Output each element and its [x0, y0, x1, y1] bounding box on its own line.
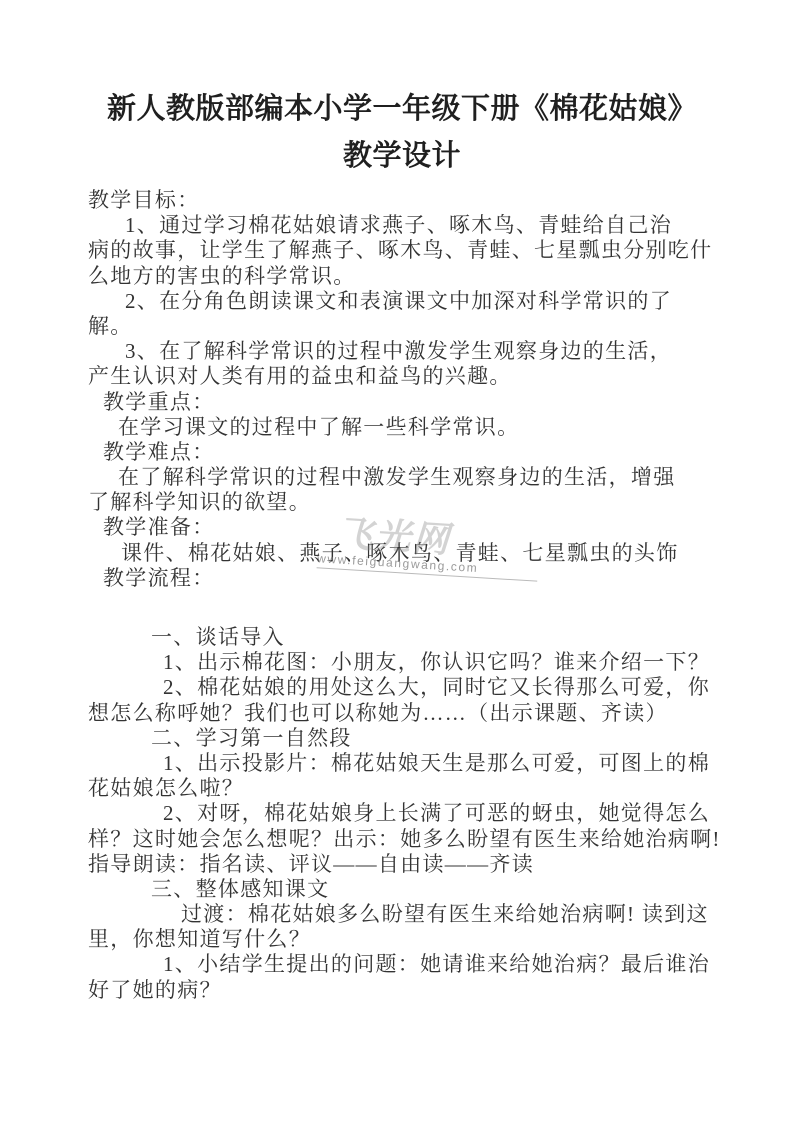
- text-line: 3、在了解科学常识的过程中激发学生观察身边的生活，: [88, 339, 716, 364]
- text-line: 指导朗读：指名读、评议——自由读——齐读: [88, 852, 716, 877]
- text-line: 产生认识对人类有用的益虫和益鸟的兴趣。: [88, 364, 716, 389]
- text-line: 病的故事，让学生了解燕子、啄木鸟、青蛙、七星瓢虫分别吃什: [88, 238, 716, 263]
- text-line: 二、学习第一自然段: [88, 726, 716, 751]
- text-line: 么地方的害虫的科学常识。: [88, 264, 716, 289]
- text-line: 里，你想知道写什么？: [88, 927, 716, 952]
- text-line: 花姑娘怎么啦？: [88, 776, 716, 801]
- document-page: 新人教版部编本小学一年级下册《棉花姑娘》 教学设计 教学目标：1、通过学习棉花姑…: [0, 0, 793, 1122]
- text-line: 1、出示投影片：棉花姑娘天生是那么可爱，可图上的棉: [88, 751, 716, 776]
- text-line: 课件、棉花姑娘、燕子、啄木鸟、青蛙、七星瓢虫的头饰: [88, 541, 716, 566]
- text-line: 教学流程：: [88, 566, 716, 591]
- text-line: 在了解科学常识的过程中激发学生观察身边的生活，增强: [88, 465, 716, 490]
- text-line: 1、出示棉花图：小朋友，你认识它吗？谁来介绍一下？: [88, 650, 716, 675]
- text-line: 想怎么称呼她？我们也可以称她为……（出示课题、齐读）: [88, 701, 716, 726]
- document-body: 教学目标：1、通过学习棉花姑娘请求燕子、啄木鸟、青蛙给自己治病的故事，让学生了解…: [88, 188, 716, 1003]
- text-line: 2、棉花姑娘的用处这么大，同时它又长得那么可爱，你: [88, 675, 716, 700]
- text-line: 1、小结学生提出的问题：她请谁来给她治病？最后谁治: [88, 952, 716, 977]
- text-line: 教学准备：: [88, 515, 716, 540]
- text-line: 教学难点：: [88, 440, 716, 465]
- text-line: 1、通过学习棉花姑娘请求燕子、啄木鸟、青蛙给自己治: [88, 213, 716, 238]
- text-line: 解。: [88, 314, 716, 339]
- paragraph-gap: [88, 591, 716, 625]
- text-line: 教学目标：: [88, 188, 716, 213]
- page-title: 新人教版部编本小学一年级下册《棉花姑娘》 教学设计: [88, 86, 716, 180]
- text-line: 三、整体感知课文: [88, 877, 716, 902]
- text-line: 样？这时她会怎么想呢？出示：她多么盼望有医生来给她治病啊!: [88, 827, 716, 852]
- page-title-line2: 教学设计: [88, 133, 716, 180]
- text-line: 在学习课文的过程中了解一些科学常识。: [88, 415, 716, 440]
- text-line: 2、在分角色朗读课文和表演课文中加深对科学常识的了: [88, 289, 716, 314]
- text-line: 过渡：棉花姑娘多么盼望有医生来给她治病啊! 读到这: [88, 902, 716, 927]
- text-line: 一、谈话导入: [88, 625, 716, 650]
- page-title-line1: 新人教版部编本小学一年级下册《棉花姑娘》: [88, 86, 716, 133]
- text-line: 教学重点：: [88, 390, 716, 415]
- text-line: 好了她的病？: [88, 978, 716, 1003]
- text-line: 2、对呀，棉花姑娘身上长满了可恶的蚜虫，她觉得怎么: [88, 801, 716, 826]
- text-line: 了解科学知识的欲望。: [88, 490, 716, 515]
